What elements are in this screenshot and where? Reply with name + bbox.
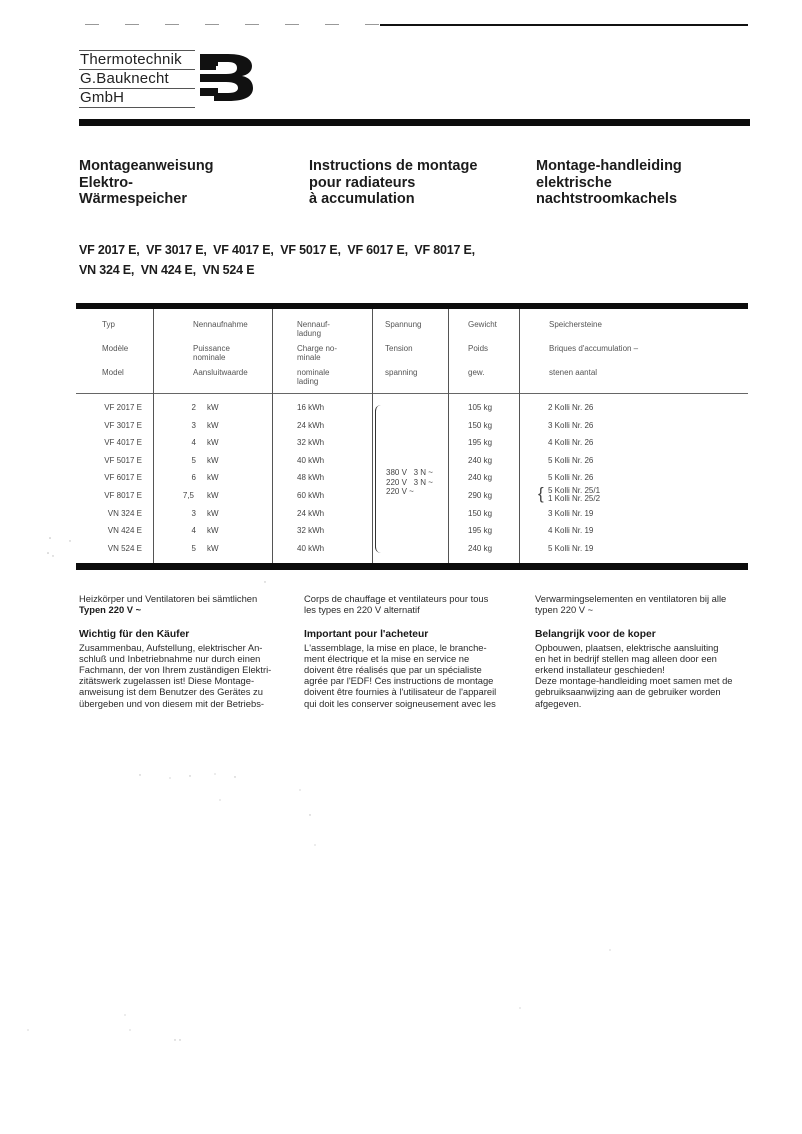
- voltage-value: 220 V 3 N ~: [386, 478, 433, 488]
- note-body-line: gebruiksaanwijzing aan de gebruiker word…: [535, 686, 765, 697]
- cell-bricks: 3 Kolli Nr. 26: [548, 422, 593, 431]
- cell-bricks: 4 Kolli Nr. 26: [548, 439, 593, 448]
- note-intro: Heizkörper und Ventilatoren bei sämtlich…: [79, 593, 294, 604]
- cell-type: VF 8017 E: [70, 492, 142, 501]
- note-body: Zusammenbau, Aufstellung, elektrischer A…: [79, 642, 294, 709]
- cell-power-unit: kW: [207, 545, 219, 554]
- note-heading: Important pour l'acheteur: [304, 629, 529, 640]
- cell-charge: 48 kWh: [297, 474, 324, 483]
- cell-power-unit: kW: [207, 404, 219, 413]
- title-line: Montageanweisung: [79, 158, 214, 175]
- table-header-typ: Model: [102, 369, 124, 378]
- bauknecht-logo-icon: [198, 50, 254, 102]
- table-column-divider: [153, 309, 154, 563]
- cell-charge: 40 kWh: [297, 545, 324, 554]
- note-body-line: agrée par l'EDF! Ces instructions de mon…: [304, 675, 529, 686]
- cell-power-unit: kW: [207, 422, 219, 431]
- table-header-charge: nominale lading: [297, 369, 329, 386]
- cell-power-unit: kW: [207, 527, 219, 536]
- cell-power-value: 5: [166, 457, 196, 466]
- title-line: elektrische: [536, 175, 682, 192]
- title-line: Montage-handleiding: [536, 158, 682, 175]
- cell-power-value: 5: [166, 545, 196, 554]
- note-intro: typen 220 V ~: [535, 604, 765, 615]
- note-body-line: zitätswerk zugelassen ist! Diese Montage…: [79, 675, 294, 686]
- model-list: VF 2017 E, VF 3017 E, VF 4017 E, VF 5017…: [79, 240, 475, 280]
- cell-weight: 240 kg: [468, 457, 492, 466]
- table-header-bricks: stenen aantal: [549, 369, 597, 378]
- title-line: Elektro-: [79, 175, 214, 192]
- note-body-line: ment électrique et la mise en service ne: [304, 653, 529, 664]
- cell-weight: 195 kg: [468, 439, 492, 448]
- cell-power-unit: kW: [207, 510, 219, 519]
- cell-power-unit: kW: [207, 492, 219, 501]
- brace-icon: {: [538, 485, 544, 502]
- top-faint-rule: [85, 24, 380, 25]
- note-body-line: erkend installateur geschieden!: [535, 664, 765, 675]
- table-header-voltage: spanning: [385, 369, 417, 378]
- table-header-charge: Charge no- minale: [297, 345, 337, 362]
- table-top-rule: [76, 303, 748, 309]
- cell-weight: 150 kg: [468, 422, 492, 431]
- title-line: pour radiateurs: [309, 175, 477, 192]
- table-column-divider: [519, 309, 520, 563]
- note-heading: Belangrijk voor de koper: [535, 629, 765, 640]
- voltage-values: 380 V 3 N ~ 220 V 3 N ~ 220 V ~: [386, 468, 433, 497]
- cell-weight: 150 kg: [468, 510, 492, 519]
- note-body-line: Zusammenbau, Aufstellung, elektrischer A…: [79, 642, 294, 653]
- header-rule: [79, 119, 750, 126]
- cell-power-value: 7,5: [164, 492, 194, 501]
- table-header-typ: Modèle: [102, 345, 128, 354]
- cell-type: VF 2017 E: [70, 404, 142, 413]
- note-intro-bold: Typen 220 V ~: [79, 604, 141, 615]
- cell-bricks: 2 Kolli Nr. 26: [548, 404, 593, 413]
- cell-type: VF 3017 E: [70, 422, 142, 431]
- table-header-weight: Poids: [468, 345, 488, 354]
- note-body-line: L'assemblage, la mise en place, le branc…: [304, 642, 529, 653]
- voltage-value: 380 V 3 N ~: [386, 468, 433, 478]
- cell-power-value: 4: [166, 527, 196, 536]
- note-body-line: afgegeven.: [535, 698, 765, 709]
- notes-french: Corps de chauffage et ventilateurs pour …: [304, 593, 529, 709]
- cell-power-value: 6: [166, 474, 196, 483]
- table-header-separator: [76, 393, 748, 394]
- title-line: à accumulation: [309, 191, 477, 208]
- cell-charge: 32 kWh: [297, 439, 324, 448]
- top-rule: [380, 24, 748, 26]
- table-header-charge: Nennauf- ladung: [297, 321, 330, 338]
- voltage-value: 220 V ~: [386, 487, 433, 497]
- model-list-line: VF 2017 E, VF 3017 E, VF 4017 E, VF 5017…: [79, 240, 475, 260]
- cell-bricks: 5 Kolli Nr. 26: [548, 474, 593, 483]
- cell-bricks: 4 Kolli Nr. 19: [548, 527, 593, 536]
- cell-weight: 240 kg: [468, 545, 492, 554]
- note-body-line: Fachmann, der von Ihrem zuständigen Elek…: [79, 664, 294, 675]
- cell-bricks: 5 Kolli Nr. 19: [548, 545, 593, 554]
- cell-power-value: 2: [166, 404, 196, 413]
- cell-power-value: 4: [166, 439, 196, 448]
- title-line: Wärmespeicher: [79, 191, 214, 208]
- table-header-typ: Typ: [102, 321, 115, 330]
- note-body-line: doivent être fournies à l'utilisateur de…: [304, 686, 529, 697]
- cell-type: VF 6017 E: [70, 474, 142, 483]
- note-body-line: qui doit les conserver soigneusement ave…: [304, 698, 529, 709]
- table-header-voltage: Tension: [385, 345, 413, 354]
- note-body-line: Opbouwen, plaatsen, elektrische aansluit…: [535, 642, 765, 653]
- table-header-power: Nennaufnahme: [193, 321, 248, 330]
- cell-type: VF 5017 E: [70, 457, 142, 466]
- cell-power-value: 3: [166, 422, 196, 431]
- note-heading: Wichtig für den Käufer: [79, 629, 294, 640]
- table-header-bricks: Briques d'accumulation –: [549, 345, 638, 354]
- company-line: Thermotechnik: [79, 50, 195, 69]
- note-body-line: anweisung ist dem Benutzer des Gerätes z…: [79, 686, 294, 697]
- cell-type: VN 324 E: [70, 510, 142, 519]
- note-intro: Corps de chauffage et ventilateurs pour …: [304, 593, 529, 604]
- title-line: Instructions de montage: [309, 158, 477, 175]
- cell-bricks: 5 Kolli Nr. 26: [548, 457, 593, 466]
- cell-power-unit: kW: [207, 439, 219, 448]
- note-body-line: en het in bedrijf stellen mag alleen doo…: [535, 653, 765, 664]
- company-line: GmbH: [79, 88, 195, 108]
- title-german: Montageanweisung Elektro- Wärmespeicher: [79, 158, 214, 208]
- company-name-block: Thermotechnik G.Bauknecht GmbH: [79, 50, 195, 108]
- note-body-line: doivent être réalisés que par un spécial…: [304, 664, 529, 675]
- cell-charge: 60 kWh: [297, 492, 324, 501]
- company-line: G.Bauknecht: [79, 69, 195, 88]
- cell-charge: 16 kWh: [297, 404, 324, 413]
- table-header-power: Aansluitwaarde: [193, 369, 248, 378]
- note-body: Opbouwen, plaatsen, elektrische aansluit…: [535, 642, 765, 709]
- note-body-line: übergeben und von diesem mit der Betrieb…: [79, 698, 294, 709]
- title-line: nachtstroomkachels: [536, 191, 682, 208]
- cell-weight: 105 kg: [468, 404, 492, 413]
- cell-weight: 240 kg: [468, 474, 492, 483]
- note-intro: les types en 220 V alternatif: [304, 604, 529, 615]
- title-dutch: Montage-handleiding elektrische nachtstr…: [536, 158, 682, 208]
- table-header-voltage: Spannung: [385, 321, 421, 330]
- voltage-bracket: [375, 405, 381, 553]
- note-intro: Verwarmingselementen en ventilatoren bij…: [535, 593, 765, 604]
- note-body-line: Deze montage-handleiding moet samen met …: [535, 675, 765, 686]
- table-bottom-rule: [76, 563, 748, 570]
- table-column-divider: [448, 309, 449, 563]
- cell-type: VN 524 E: [70, 545, 142, 554]
- title-french: Instructions de montage pour radiateurs …: [309, 158, 477, 208]
- notes-german: Heizkörper und Ventilatoren bei sämtlich…: [79, 593, 294, 709]
- table-header-bricks: Speichersteine: [549, 321, 602, 330]
- table-header-weight: gew.: [468, 369, 484, 378]
- cell-weight: 290 kg: [468, 492, 492, 501]
- cell-charge: 24 kWh: [297, 510, 324, 519]
- cell-charge: 40 kWh: [297, 457, 324, 466]
- cell-power-unit: kW: [207, 474, 219, 483]
- cell-weight: 195 kg: [468, 527, 492, 536]
- cell-type: VF 4017 E: [70, 439, 142, 448]
- table-header-power: Puissance nominale: [193, 345, 230, 362]
- note-body-line: schluß und Inbetriebnahme nur durch eine…: [79, 653, 294, 664]
- model-list-line: VN 324 E, VN 424 E, VN 524 E: [79, 260, 475, 280]
- table-column-divider: [372, 309, 373, 563]
- cell-power-unit: kW: [207, 457, 219, 466]
- table-column-divider: [272, 309, 273, 563]
- note-body: L'assemblage, la mise en place, le branc…: [304, 642, 529, 709]
- cell-bricks: 1 Kolli Nr. 25/2: [548, 495, 600, 504]
- table-header-weight: Gewicht: [468, 321, 497, 330]
- cell-power-value: 3: [166, 510, 196, 519]
- cell-charge: 32 kWh: [297, 527, 324, 536]
- cell-bricks: 3 Kolli Nr. 19: [548, 510, 593, 519]
- notes-dutch: Verwarmingselementen en ventilatoren bij…: [535, 593, 765, 709]
- cell-type: VN 424 E: [70, 527, 142, 536]
- cell-charge: 24 kWh: [297, 422, 324, 431]
